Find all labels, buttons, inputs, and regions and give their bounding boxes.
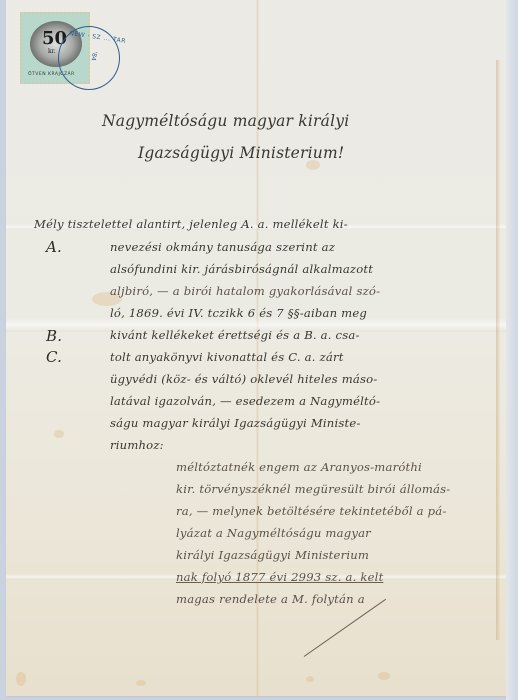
age-stain	[306, 676, 314, 682]
stamp-unit: kr.	[48, 48, 56, 55]
body-line: ügyvédi (köz- és váltó) oklevél hiteles …	[110, 372, 377, 386]
body-line: nevezési okmány tanusága szerint az	[110, 240, 335, 254]
letter-page: 50 kr. ÖTVEN KRAJCZÁR NEW · SZ ... TAR '…	[6, 0, 506, 696]
request-line: magas rendelete a M. folytán a	[176, 592, 365, 606]
request-line: méltóztatnék engem az Aranyos-maróthi	[176, 460, 422, 474]
body-line: alsófundini kir. járásbiróságnál alkalma…	[110, 262, 373, 276]
age-stain	[378, 672, 390, 680]
body-line: riumhoz:	[110, 438, 164, 452]
age-stain	[16, 672, 26, 686]
body-line: ló, 1869. évi IV. tczikk 6 és 7 §§-aiban…	[110, 306, 367, 320]
body-line: tolt anyakönyvi kivonattal és C. a. zárt	[110, 350, 344, 364]
request-line: lyázat a Nagyméltóságu magyar	[176, 526, 371, 540]
body-line: Mély tisztelettel alantirt, jelenleg A. …	[34, 217, 348, 231]
margin-label-b: B.	[46, 327, 62, 345]
request-line: ra, — melynek betöltésére tekintetéből a…	[176, 504, 447, 518]
body-line: latával igazolván, — esedezem a Nagymélt…	[110, 394, 380, 408]
heading-line-1: Nagyméltóságu magyar királyi	[102, 112, 349, 130]
torn-right-edge	[496, 60, 500, 640]
request-line: királyi Igazságügyi Ministerium	[176, 548, 369, 562]
request-line: nak folyó 1877 évi 2993 sz. a. kelt	[176, 570, 383, 584]
background-edge	[506, 0, 518, 700]
heading-line-2: Igazságügyi Ministerium!	[138, 144, 344, 162]
body-line: kivánt kellékeket érettségi és a B. a. c…	[110, 328, 360, 342]
body-line: aljbiró, — a birói hatalom gyakorlásával…	[110, 284, 380, 298]
age-stain	[136, 680, 146, 686]
pen-flourish-stroke	[304, 599, 386, 657]
body-line: ságu magyar királyi Igazságügyi Ministe-	[110, 416, 361, 430]
margin-label-c: C.	[46, 348, 62, 366]
age-stain	[54, 430, 64, 438]
margin-label-a: A.	[46, 238, 62, 256]
request-line: kir. törvényszéknél megüresült birói áll…	[176, 482, 450, 496]
